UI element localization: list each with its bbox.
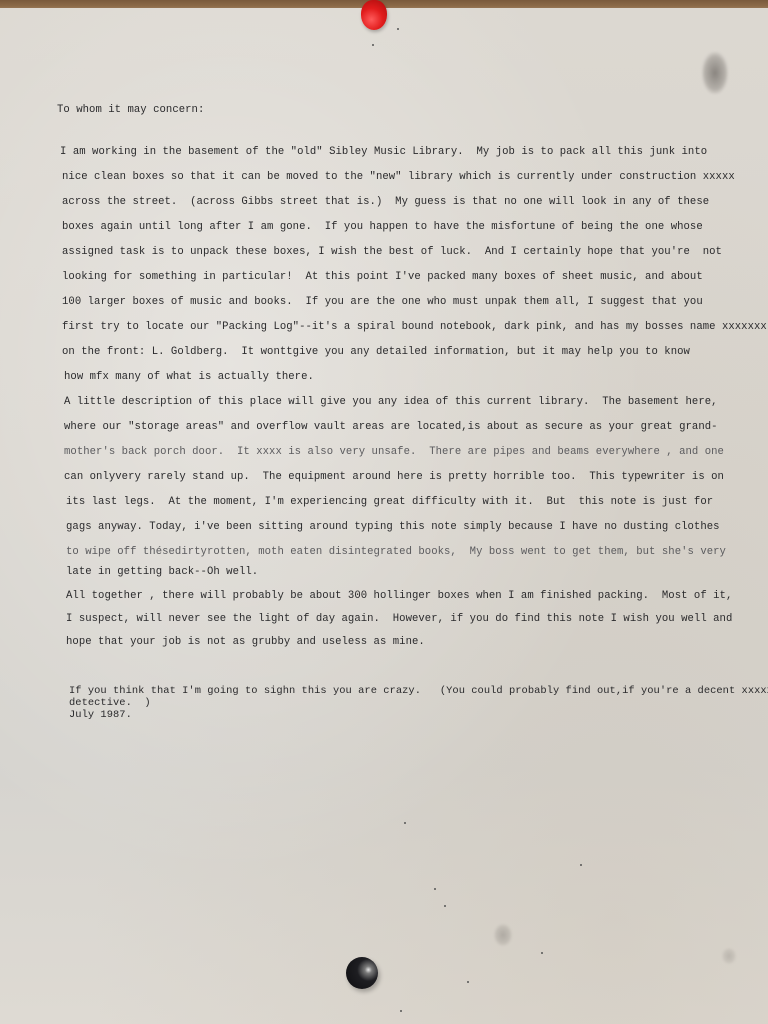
letter-line: its last legs. At the moment, I'm experi… bbox=[66, 496, 713, 508]
letter-line: first try to locate our "Packing Log"--i… bbox=[62, 321, 767, 333]
letter-line: nice clean boxes so that it can be moved… bbox=[62, 171, 735, 183]
letter-line: 100 larger boxes of music and books. If … bbox=[62, 296, 703, 308]
letter-date: July 1987. bbox=[69, 709, 132, 721]
letter-line: late in getting back--Oh well. bbox=[66, 566, 258, 578]
letter-line: across the street. (across Gibbs street … bbox=[62, 196, 709, 208]
letter-line: I suspect, will never see the light of d… bbox=[66, 613, 732, 625]
letter-line: how mfx many of what is actually there. bbox=[64, 371, 314, 383]
letter-line: can onlyvery rarely stand up. The equipm… bbox=[64, 471, 724, 483]
letter-line: A little description of this place will … bbox=[64, 396, 718, 408]
letter-line: to wipe off thésedirtyrotten, moth eaten… bbox=[66, 546, 726, 558]
closing-line: If you think that I'm going to sighn thi… bbox=[69, 685, 768, 697]
letter-line: mother's back porch door. It xxxx is als… bbox=[64, 446, 724, 458]
letter-line: gags anyway. Today, i've been sitting ar… bbox=[66, 521, 720, 533]
letter-line: boxes again until long after I am gone. … bbox=[62, 221, 703, 233]
letter-line: where our "storage areas" and overflow v… bbox=[64, 421, 718, 433]
letter-line: looking for something in particular! At … bbox=[62, 271, 703, 283]
typewritten-letter: To whom it may concern: I am working in … bbox=[0, 0, 768, 1024]
letter-line: All together , there will probably be ab… bbox=[66, 590, 732, 602]
letter-line: hope that your job is not as grubby and … bbox=[66, 636, 425, 648]
closing-line: detective. ) bbox=[69, 697, 151, 709]
salutation: To whom it may concern: bbox=[57, 104, 204, 116]
letter-line: I am working in the basement of the "old… bbox=[60, 146, 707, 158]
letter-line: on the front: L. Goldberg. It wonttgive … bbox=[62, 346, 690, 358]
letter-line: assigned task is to unpack these boxes, … bbox=[62, 246, 722, 258]
